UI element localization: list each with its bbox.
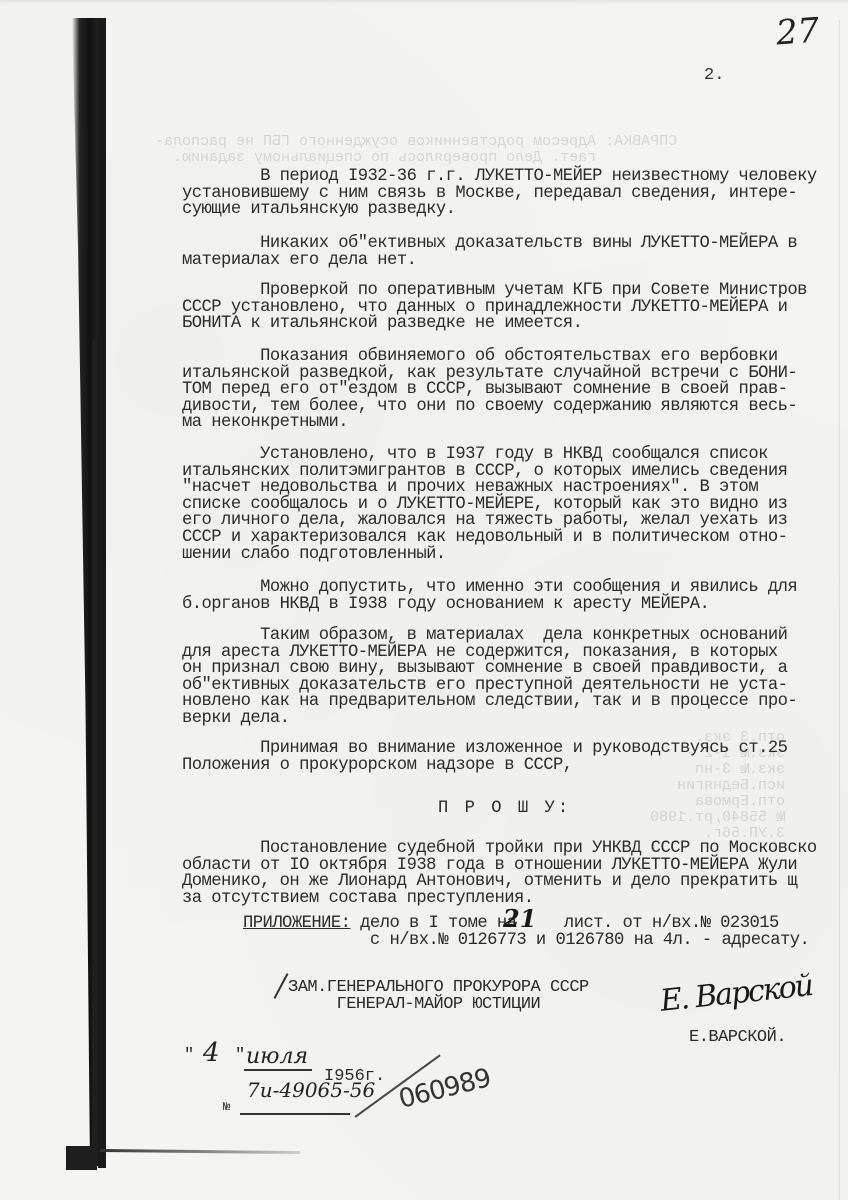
binding-line	[98, 18, 106, 1168]
signatory-name: Е.ВАРСКОЙ.	[689, 1028, 786, 1047]
folio-number: 27	[775, 11, 821, 54]
paragraph: Установлено, что в I937 году в НКВД сооб…	[182, 447, 822, 563]
scan-top-edge	[0, 0, 848, 4]
request-heading: П Р О Ш У:	[438, 799, 571, 818]
binding-line	[92, 340, 97, 1170]
signatory-title: ЗАМ.ГЕНЕРАЛЬНОГО ПРОКУРОРА СССР ГЕНЕРАЛ-…	[288, 980, 589, 1013]
number-sign: №	[223, 1100, 230, 1114]
handwritten-sheet-count: 21	[503, 904, 536, 933]
registration-underline	[240, 1113, 350, 1115]
attachment-text-line2: с н/вх.№ 0126773 и 0126780 на 4л. - адре…	[243, 931, 809, 950]
paragraph: Показания обвиняемого об обстоятельствах…	[182, 349, 822, 432]
paragraph: В период I932-36 г.г. ЛУКЕТТО-МЕЙЕР неиз…	[182, 169, 822, 219]
date-month: июля	[244, 1044, 312, 1071]
page-number: 2.	[704, 66, 724, 85]
request-text: Постановление судебной тройки при УНКВД …	[182, 841, 822, 907]
page-right-edge	[839, 20, 840, 1200]
date-day: 4	[203, 1038, 220, 1068]
bleed-through-text-top: СПРАВКА: Адресом родственников осужденно…	[155, 134, 677, 166]
paragraph: Можно допустить, что именно эти сообщени…	[182, 580, 822, 613]
paragraph: Никаких об"ективных доказательств вины Л…	[182, 236, 822, 269]
paragraph: Принимая во внимание изложенное и руково…	[182, 741, 822, 774]
binding-base	[66, 1146, 96, 1170]
paragraph: Таким образом, в материалах дела конкрет…	[182, 628, 822, 728]
paragraph: Проверкой по оперативным учетам КГБ при …	[182, 283, 822, 333]
registration-number: 7и-49065-56	[247, 1078, 375, 1102]
